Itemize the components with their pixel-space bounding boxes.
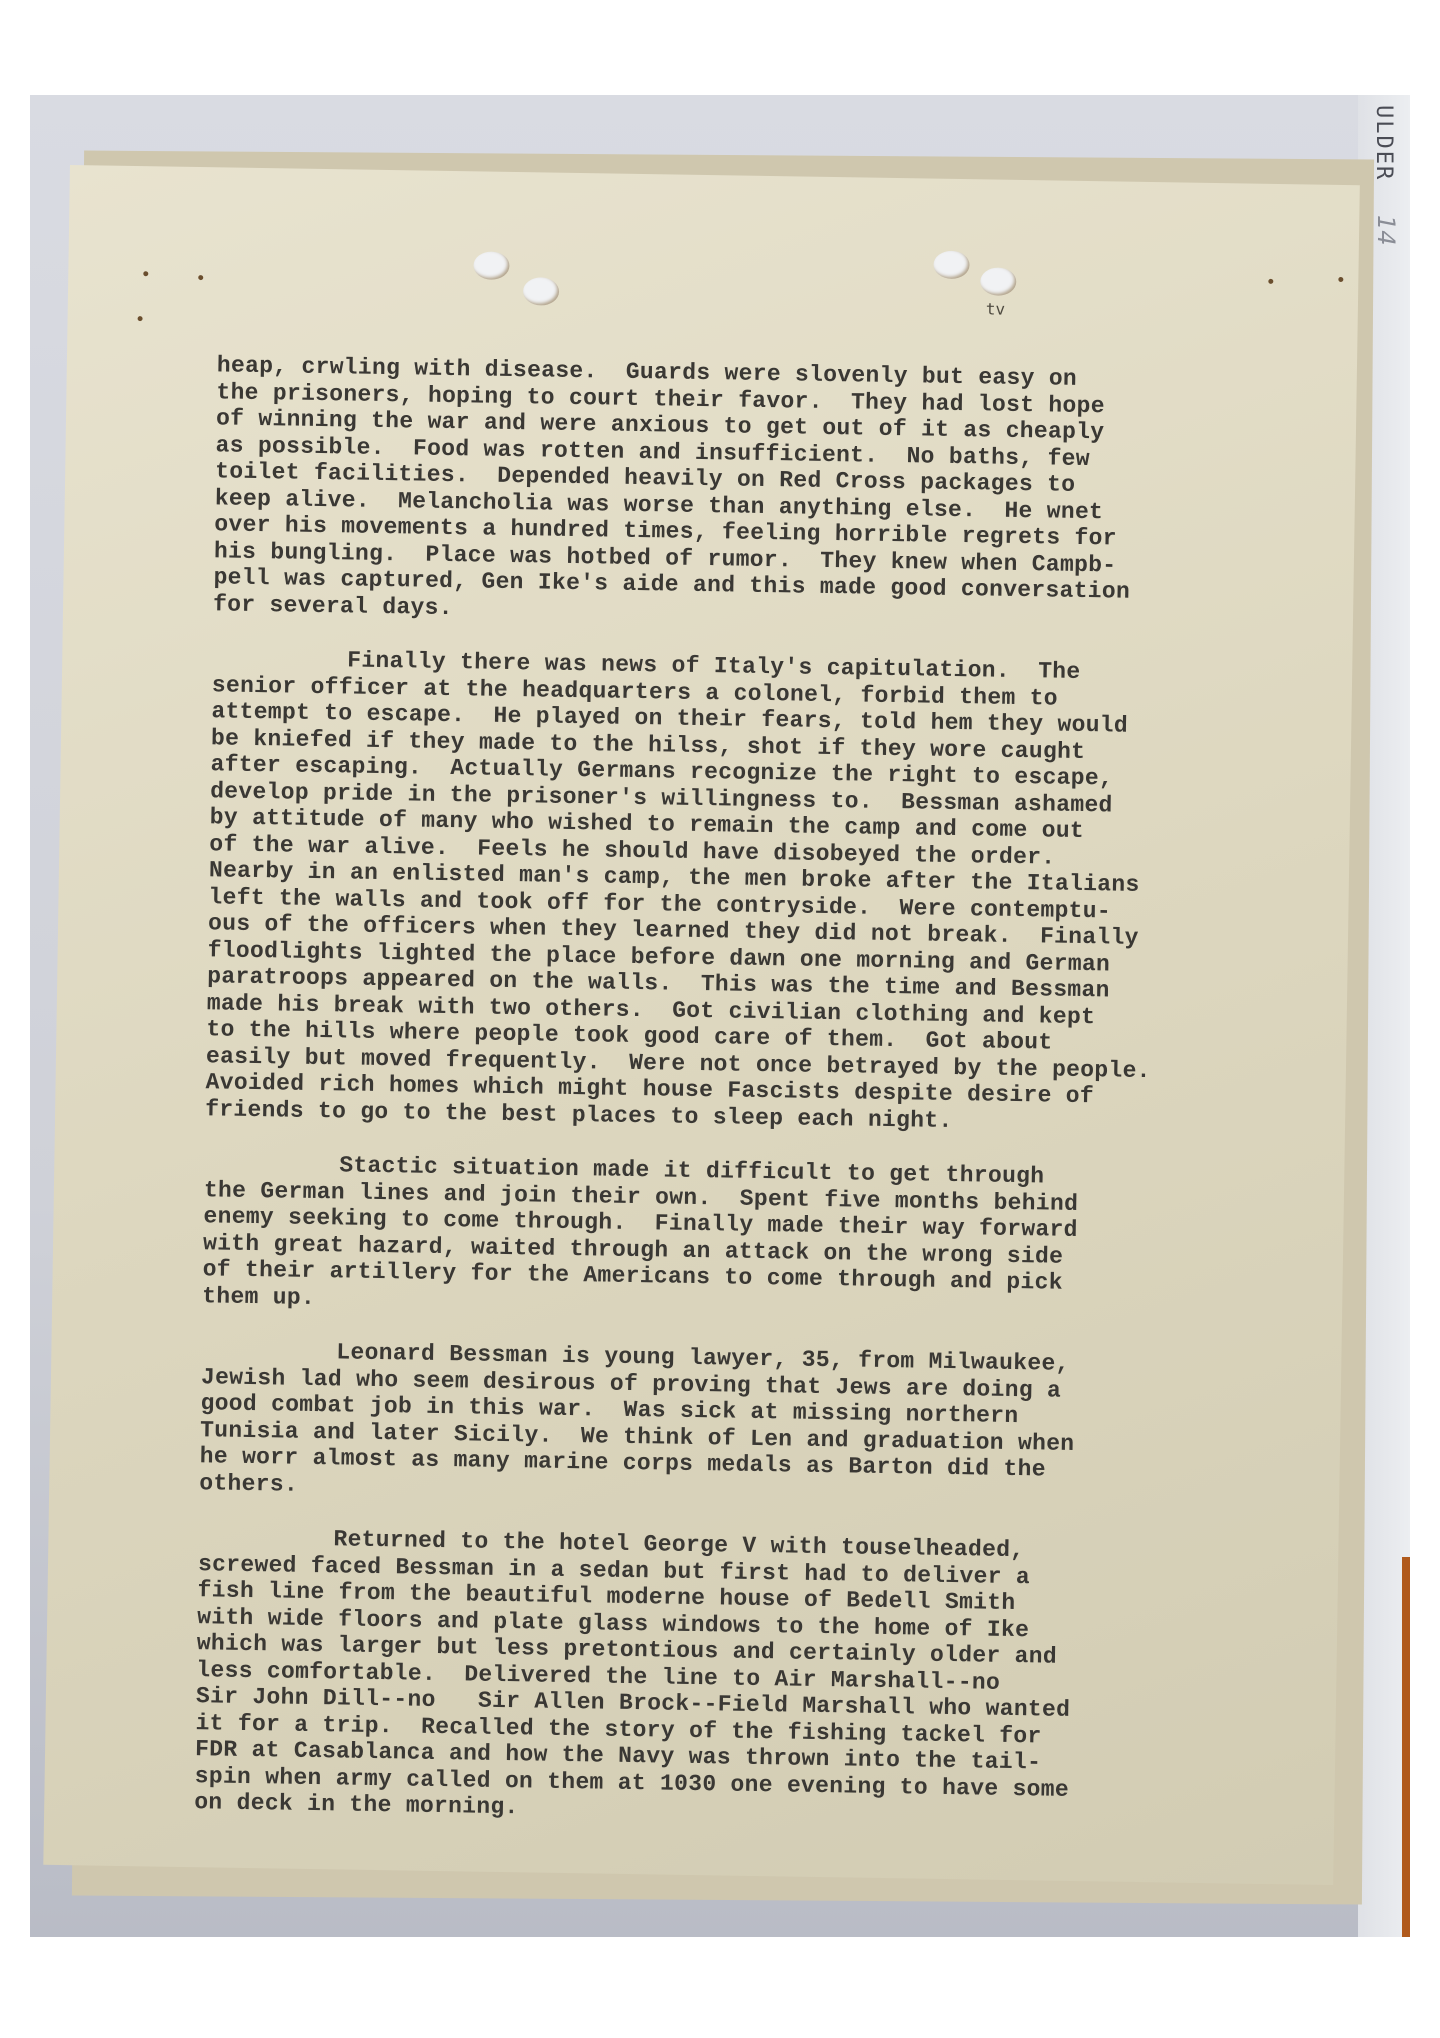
staple-mark <box>143 271 148 276</box>
folder-tab-label: ULDER <box>1371 105 1396 181</box>
paragraph: Stactic situation made it difficult to g… <box>202 1150 1264 1326</box>
paragraph: Leonard Bessman is young lawyer, 35, fro… <box>199 1337 1261 1513</box>
punch-hole <box>473 251 509 280</box>
typewritten-page: tv heap, crwling with disease. Guards we… <box>43 165 1360 1885</box>
punch-hole <box>933 251 969 280</box>
punch-hole <box>980 267 1016 296</box>
document-body: heap, crwling with disease. Guards were … <box>194 352 1277 1860</box>
document-photo: ULDER 14 tv heap, crwling with disease. … <box>30 95 1410 1937</box>
page-mark: tv <box>986 299 1006 318</box>
speck <box>1338 277 1343 282</box>
paragraph: Finally there was news of Italy's capitu… <box>205 645 1272 1139</box>
speck <box>1268 279 1273 284</box>
paragraph: heap, crwling with disease. Guards were … <box>213 352 1277 634</box>
staple-mark <box>198 275 203 280</box>
folder-handwritten-note: 14 <box>1372 215 1400 246</box>
staple-mark <box>138 316 143 321</box>
paragraph: Returned to the hotel George V with tous… <box>194 1524 1258 1832</box>
folder-binding-strip <box>1402 1557 1410 1937</box>
punch-hole <box>523 277 559 306</box>
